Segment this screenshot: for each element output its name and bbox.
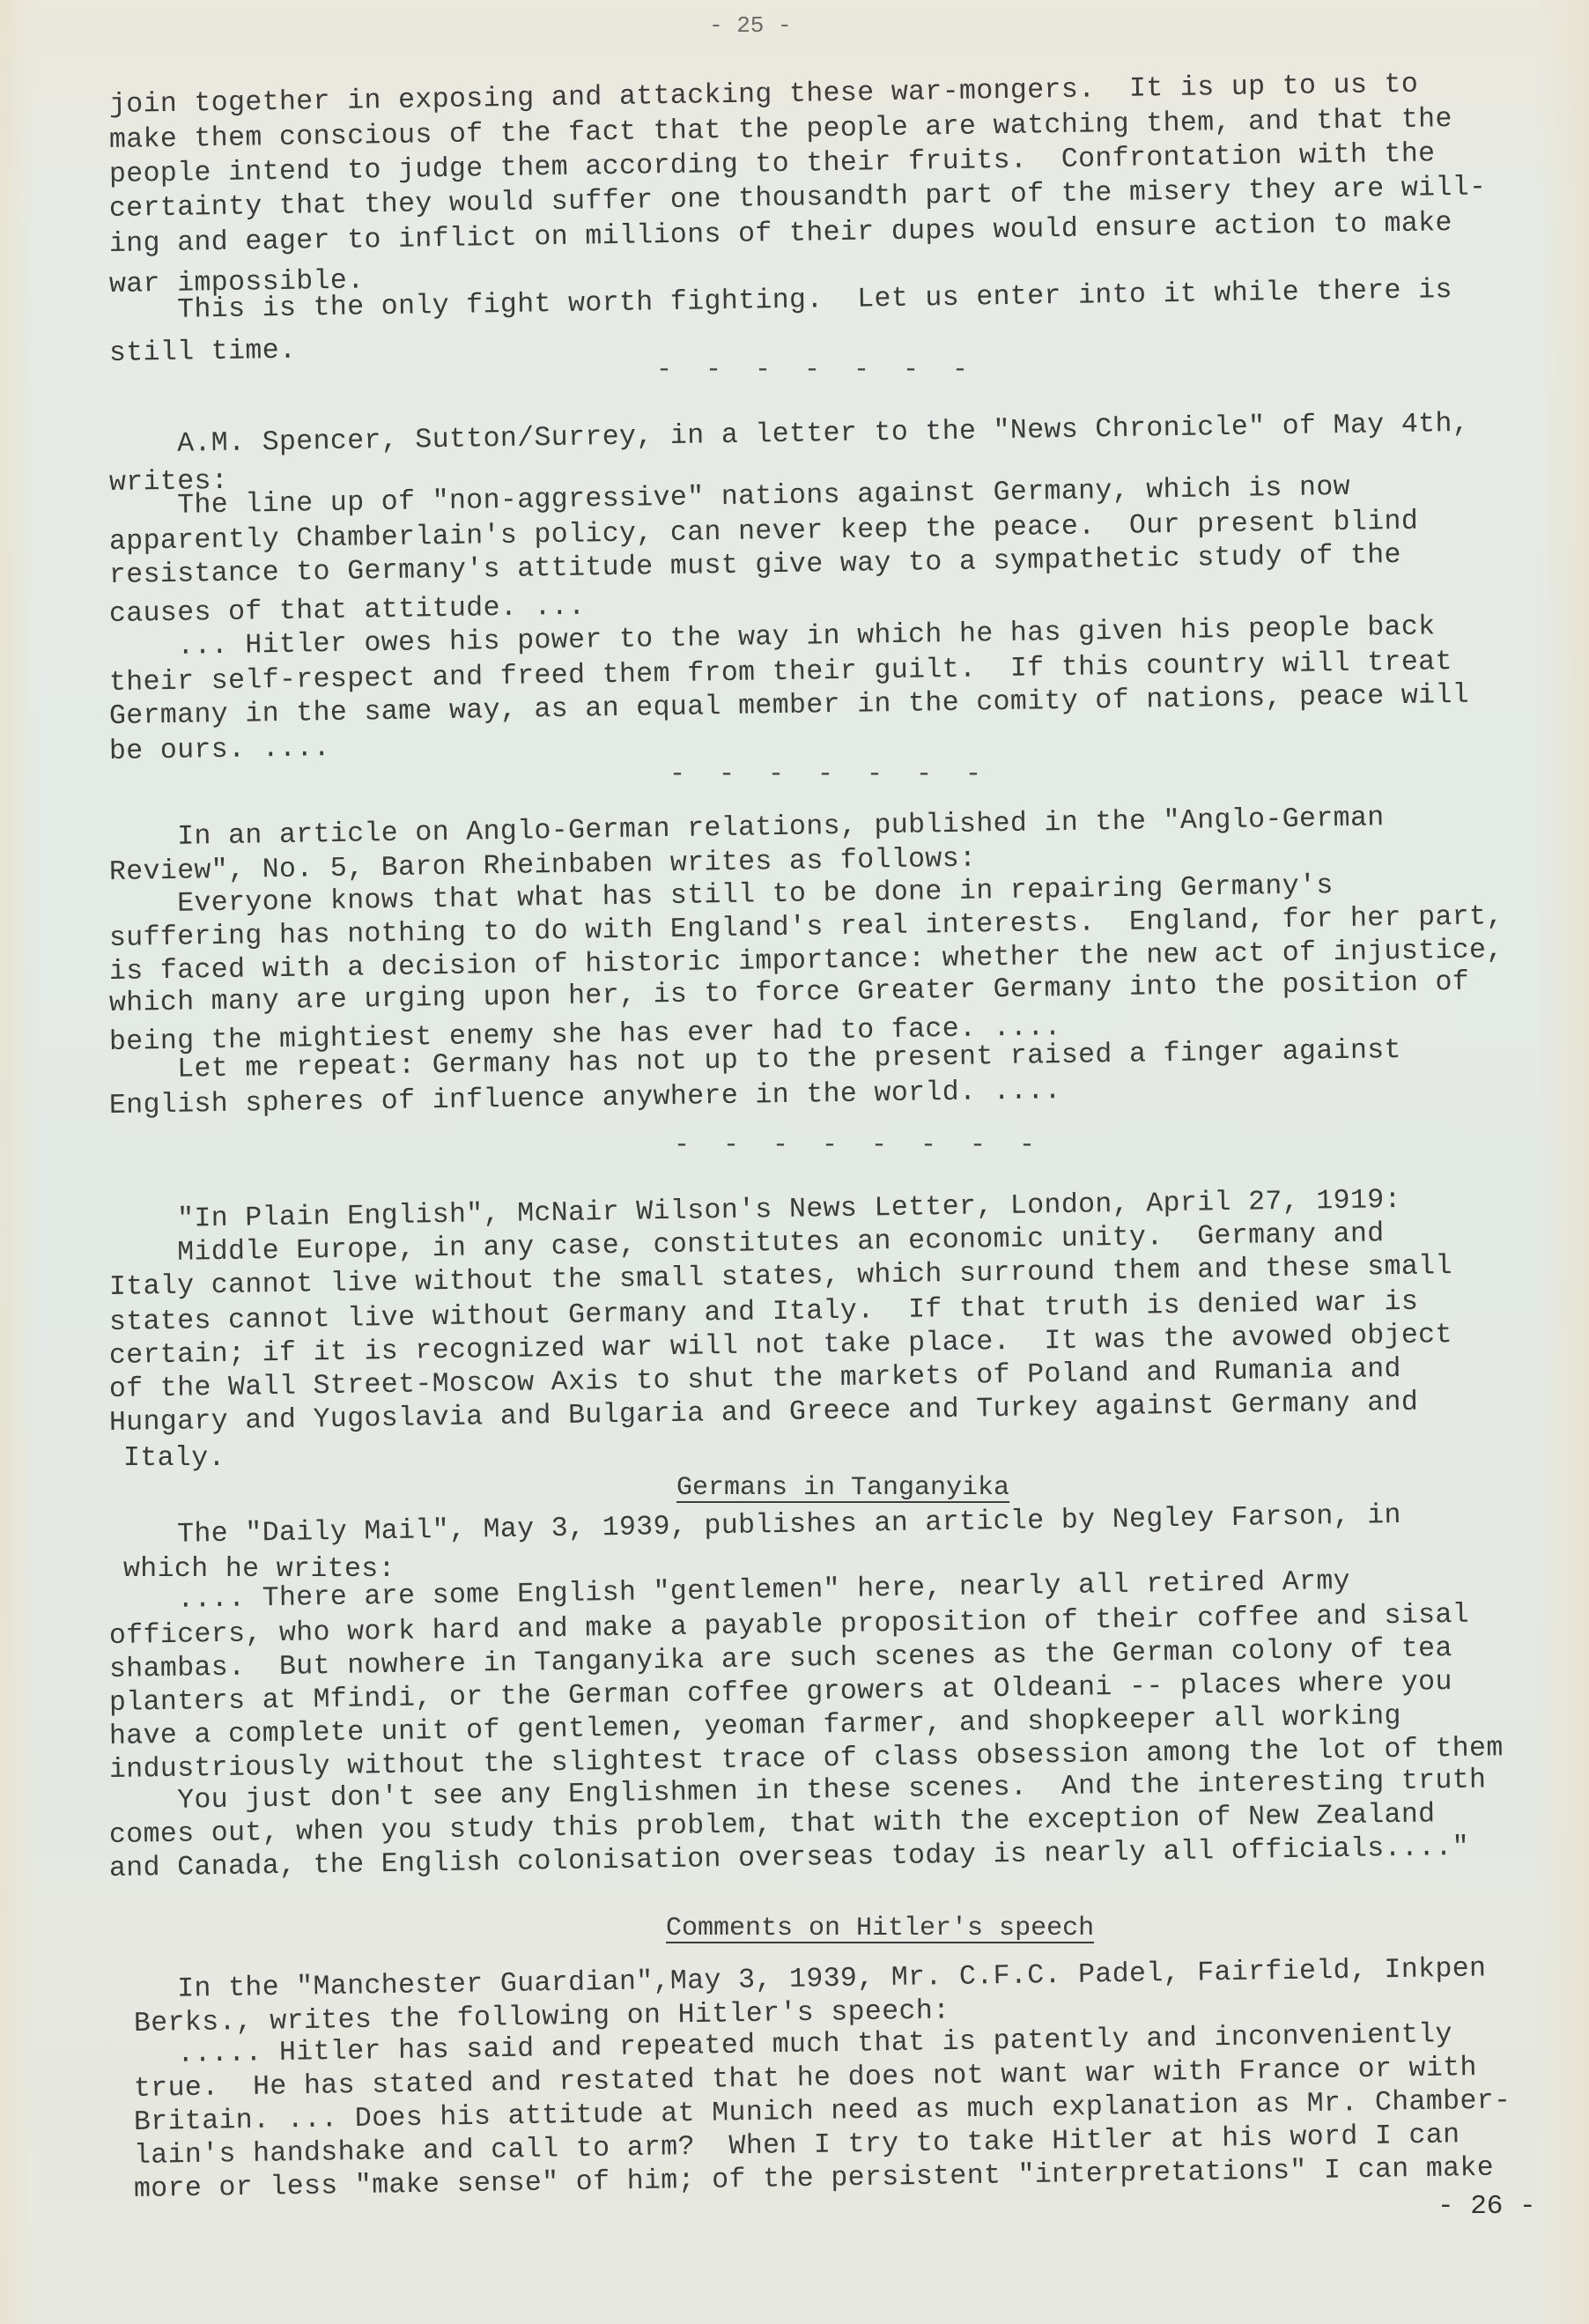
text-line: Italy. — [123, 1445, 225, 1473]
text-line: A.M. Spencer, Sutton/Surrey, in a letter… — [109, 411, 1470, 460]
section-heading: Germans in Tanganyika — [676, 1473, 1009, 1503]
page-number-bottom: - 26 - — [1437, 2191, 1536, 2222]
page-number-top: - 25 - — [709, 12, 792, 39]
section-divider: - - - - - - - — [669, 759, 990, 789]
text-line: be ours. .... — [109, 735, 330, 766]
text-line: still time. — [109, 337, 297, 368]
text-line: In the "Manchester Guardian",May 3, 1939… — [109, 1955, 1487, 2004]
section-heading: Comments on Hitler's speech — [666, 1913, 1094, 1943]
text-line: The "Daily Mail", May 3, 1939, publishes… — [109, 1502, 1401, 1551]
text-line: causes of that attitude. ... — [109, 594, 586, 629]
section-divider: - - - - - - - - — [674, 1130, 1044, 1160]
section-divider: - - - - - - - — [656, 355, 977, 385]
text-line: which he writes: — [123, 1556, 395, 1584]
text-line: In an article on Anglo-German relations,… — [109, 804, 1385, 852]
typed-document-page: - 25 - join together in exposing and att… — [0, 0, 1589, 2324]
